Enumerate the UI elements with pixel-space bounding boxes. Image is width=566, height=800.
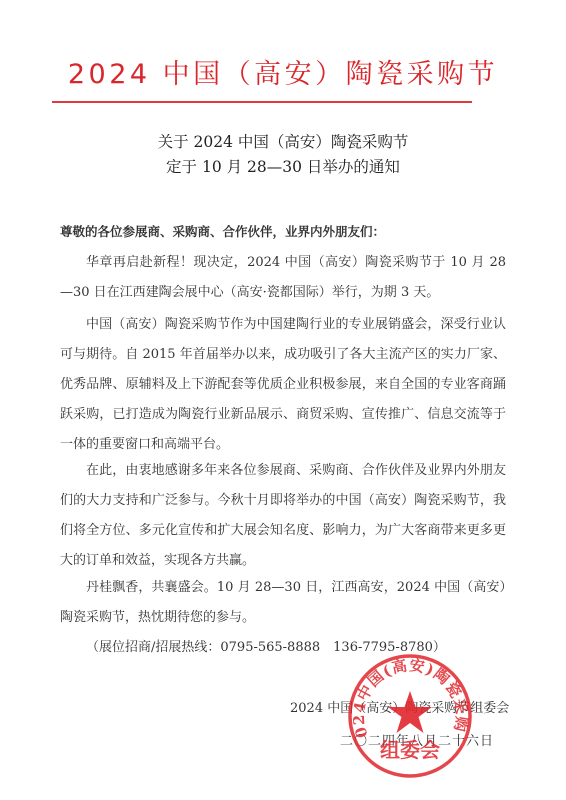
header-rule — [52, 101, 472, 103]
paragraph-3: 在此，由衷地感谢多年来各位参展商、采购商、合作伙伴及业界内外朋友们的大力支持和广… — [60, 456, 506, 576]
paragraph-1: 华章再启赴新程！现决定，2024 中国（高安）陶瓷采购节于 10 月 28—30… — [60, 248, 506, 308]
document-title-line1: 关于 2024 中国（高安）陶瓷采购节 — [0, 130, 566, 155]
official-seal: 2024中国(高安)陶瓷采购节 组委会 — [347, 653, 473, 779]
document-title: 关于 2024 中国（高安）陶瓷采购节 定于 10 月 28—30 日举办的通知 — [0, 130, 566, 180]
document-title-line2: 定于 10 月 28—30 日举办的通知 — [0, 155, 566, 180]
header-title: 2024 中国（高安）陶瓷采购节 — [0, 52, 566, 91]
paragraph-2: 中国（高安）陶瓷采购节作为中国建陶行业的专业展销盛会，深受行业认可与期待。自 2… — [60, 310, 506, 460]
hotline-paragraph: （展位招商/招展热线：0795-565-8888 136-7795-8780） — [60, 633, 506, 663]
signature-date: 二〇二四年八月二十六日 — [340, 730, 494, 749]
signature-org: 2024 中国（高安）陶瓷采购节组委会 — [290, 697, 509, 716]
salutation: 尊敬的各位参展商、采购商、合作伙伴，业界内外朋友们： — [60, 222, 506, 240]
paragraph-4: 丹桂飘香，共襄盛会。10 月 28—30 日，江西高安，2024 中国（高安）陶… — [60, 573, 506, 633]
